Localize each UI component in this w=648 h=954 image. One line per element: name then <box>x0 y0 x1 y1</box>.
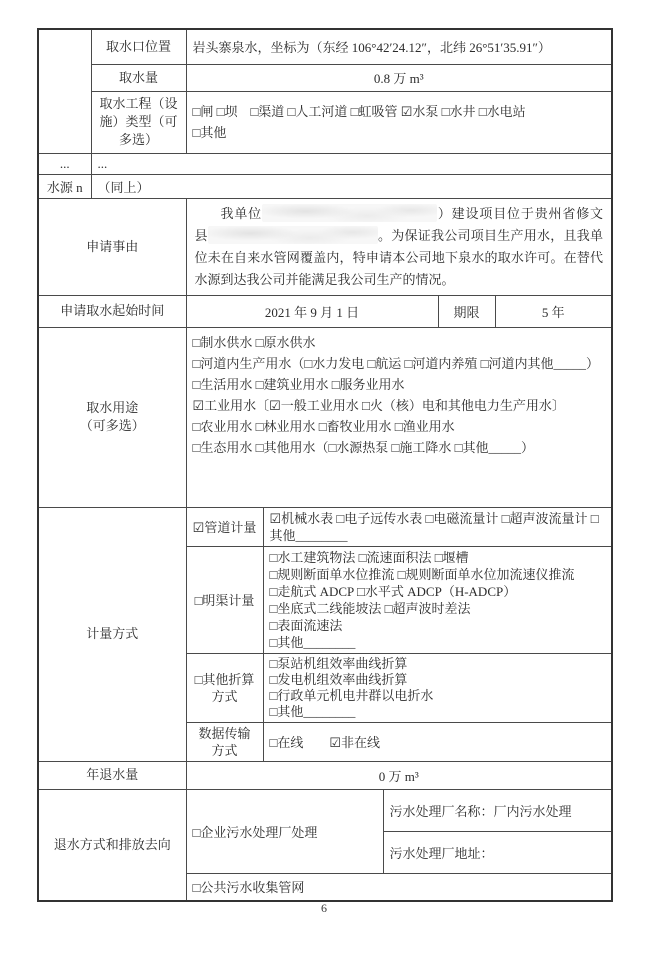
usage-options: □制水供水 □原水供水 □河道内生产用水（□水力发电 □航运 □河道内养殖 □河… <box>186 327 612 507</box>
start-time-date: 2021 年 9 月 1 日 <box>186 295 438 327</box>
other-option-line: □发电机组效率曲线折算 <box>270 672 606 688</box>
row-drainage-method-1: 退水方式和排放去向 □企业污水处理厂处理 污水处理厂名称：厂内污水处理 <box>38 789 612 831</box>
other-option-line: □泵站机组效率曲线折算 <box>270 656 606 672</box>
metering-pipeline-options: ☑机械水表 □电子远传水表 □电磁流量计 □超声波流量计 □其他________ <box>263 507 612 546</box>
row-intake-location: 取水口位置 岩头寨泉水，坐标为（东经 106°42′24.12″，北纬 26°5… <box>38 29 612 64</box>
source-n-label: 水源 n <box>38 174 91 198</box>
transmission-label-line1: 数据传输 <box>191 725 259 742</box>
usage-option-line: ☑工业用水〔☑一般工业用水 □火（核）电和其他电力生产用水〕 <box>193 395 606 416</box>
reason-content: 我单位）建设项目位于贵州省修文县。为保证我公司项目生产用水，且我单位未在自来水管… <box>186 198 612 295</box>
annual-drainage-label: 年退水量 <box>38 761 186 789</box>
pipeline-options-text: ☑机械水表 □电子远传水表 □电磁流量计 □超声波流量计 □其他________ <box>270 511 599 543</box>
duration-label: 期限 <box>438 295 495 327</box>
other-option-line: □其他________ <box>270 704 606 720</box>
intake-volume-value: 0.8 万 m³ <box>186 64 612 91</box>
row-source-n: 水源 n （同上） <box>38 174 612 198</box>
drainage-plant-address: 污水处理厂地址： <box>383 831 612 873</box>
usage-label: 取水用途 （可多选） <box>38 327 186 507</box>
other-label-line1: □其他折算 <box>191 671 259 688</box>
intake-works-options: □闸 □坝 □渠道 □人工河道 □虹吸管 ☑水泵 □水井 □水电站 □其他 <box>186 91 612 153</box>
annual-drainage-value: 0 万 m³ <box>186 761 612 789</box>
intake-volume-label: 取水量 <box>91 64 186 91</box>
water-source-spacer-cell <box>38 29 91 153</box>
duration-value: 5 年 <box>495 295 612 327</box>
row-ellipsis: ... ... <box>38 153 612 174</box>
open-channel-option-line: □坐底式二线能坡法 □超声波时差法 <box>270 600 606 617</box>
metering-other-options: □泵站机组效率曲线折算 □发电机组效率曲线折算 □行政单元机电井群以电折水 □其… <box>263 653 612 722</box>
metering-other-label: □其他折算 方式 <box>186 653 263 722</box>
page-number: 6 <box>0 901 648 916</box>
drainage-method-label: 退水方式和排放去向 <box>38 789 186 901</box>
ellipsis-left-cell: ... <box>38 153 91 174</box>
usage-option-line: □河道内生产用水（□水力发电 □航运 □河道内养殖 □河道内其他_____） <box>193 353 606 374</box>
reason-label: 申请事由 <box>38 198 186 295</box>
row-application-reason: 申请事由 我单位）建设项目位于贵州省修文县。为保证我公司项目生产用水，且我单位未… <box>38 198 612 295</box>
redaction-block-1 <box>262 204 437 222</box>
redaction-block-2 <box>208 226 378 244</box>
reason-paragraph: 我单位）建设项目位于贵州省修文县。为保证我公司项目生产用水，且我单位未在自来水管… <box>195 203 604 291</box>
usage-label-line1: 取水用途 <box>44 399 181 417</box>
intake-location-value: 岩头寨泉水，坐标为（东经 106°42′24.12″，北纬 26°51′35.9… <box>186 29 612 64</box>
intake-location-label: 取水口位置 <box>91 29 186 64</box>
works-options-line1: □闸 □坝 □渠道 □人工河道 □虹吸管 ☑水泵 □水井 □水电站 <box>193 101 606 122</box>
row-intake-volume: 取水量 0.8 万 m³ <box>38 64 612 91</box>
open-channel-option-line: □水工建筑物法 □流速面积法 □堰槽 <box>270 549 606 566</box>
metering-transmission-label: 数据传输 方式 <box>186 722 263 761</box>
row-start-time: 申请取水起始时间 2021 年 9 月 1 日 期限 5 年 <box>38 295 612 327</box>
row-metering-pipeline: 计量方式 ☑管道计量 ☑机械水表 □电子远传水表 □电磁流量计 □超声波流量计 … <box>38 507 612 546</box>
works-options-line2: □其他 <box>193 122 606 143</box>
intake-works-label: 取水工程（设施）类型（可多选） <box>91 91 186 153</box>
drainage-public-option: □公共污水收集管网 <box>186 873 612 901</box>
open-channel-option-line: □其他________ <box>270 634 606 651</box>
transmission-label-line2: 方式 <box>191 742 259 759</box>
ellipsis-right-cell: ... <box>91 153 612 174</box>
form-page: 取水口位置 岩头寨泉水，坐标为（东经 106°42′24.12″，北纬 26°5… <box>0 0 648 954</box>
start-time-label: 申请取水起始时间 <box>38 295 186 327</box>
metering-pipeline-label: ☑管道计量 <box>186 507 263 546</box>
drainage-plant-name: 污水处理厂名称：厂内污水处理 <box>383 789 612 831</box>
application-form-table: 取水口位置 岩头寨泉水，坐标为（东经 106°42′24.12″，北纬 26°5… <box>37 28 613 902</box>
metering-transmission-options: □在线 ☑非在线 <box>263 722 612 761</box>
open-channel-option-line: □走航式 ADCP □水平式 ADCP（H-ADCP） <box>270 583 606 600</box>
reason-text-seg4: 未在自来水管网覆盖内，特申请本公司地下泉水的取水许可。在替代水源到达我公司并能满… <box>195 250 604 287</box>
row-intake-works-type: 取水工程（设施）类型（可多选） □闸 □坝 □渠道 □人工河道 □虹吸管 ☑水泵… <box>38 91 612 153</box>
usage-option-line: □生态用水 □其他用水（□水源热泵 □施工降水 □其他_____） <box>193 437 606 458</box>
metering-open-channel-label: □明渠计量 <box>186 546 263 653</box>
metering-open-channel-options: □水工建筑物法 □流速面积法 □堰槽 □规则断面单水位推流 □规则断面单水位加流… <box>263 546 612 653</box>
drainage-enterprise-option: □企业污水处理厂处理 <box>186 789 383 873</box>
row-water-usage: 取水用途 （可多选） □制水供水 □原水供水 □河道内生产用水（□水力发电 □航… <box>38 327 612 507</box>
usage-label-line2: （可多选） <box>44 417 181 435</box>
source-n-value: （同上） <box>91 174 612 198</box>
reason-text-seg1: 我单位 <box>221 206 263 221</box>
usage-option-line: □生活用水 □建筑业用水 □服务业用水 <box>193 374 606 395</box>
open-channel-option-line: □表面流速法 <box>270 617 606 634</box>
metering-label: 计量方式 <box>38 507 186 761</box>
usage-option-line: □农业用水 □林业用水 □畜牧业用水 □渔业用水 <box>193 416 606 437</box>
row-annual-drainage: 年退水量 0 万 m³ <box>38 761 612 789</box>
open-channel-option-line: □规则断面单水位推流 □规则断面单水位加流速仪推流 <box>270 566 606 583</box>
other-option-line: □行政单元机电井群以电折水 <box>270 688 606 704</box>
usage-option-line: □制水供水 □原水供水 <box>193 332 606 353</box>
other-label-line2: 方式 <box>191 688 259 705</box>
